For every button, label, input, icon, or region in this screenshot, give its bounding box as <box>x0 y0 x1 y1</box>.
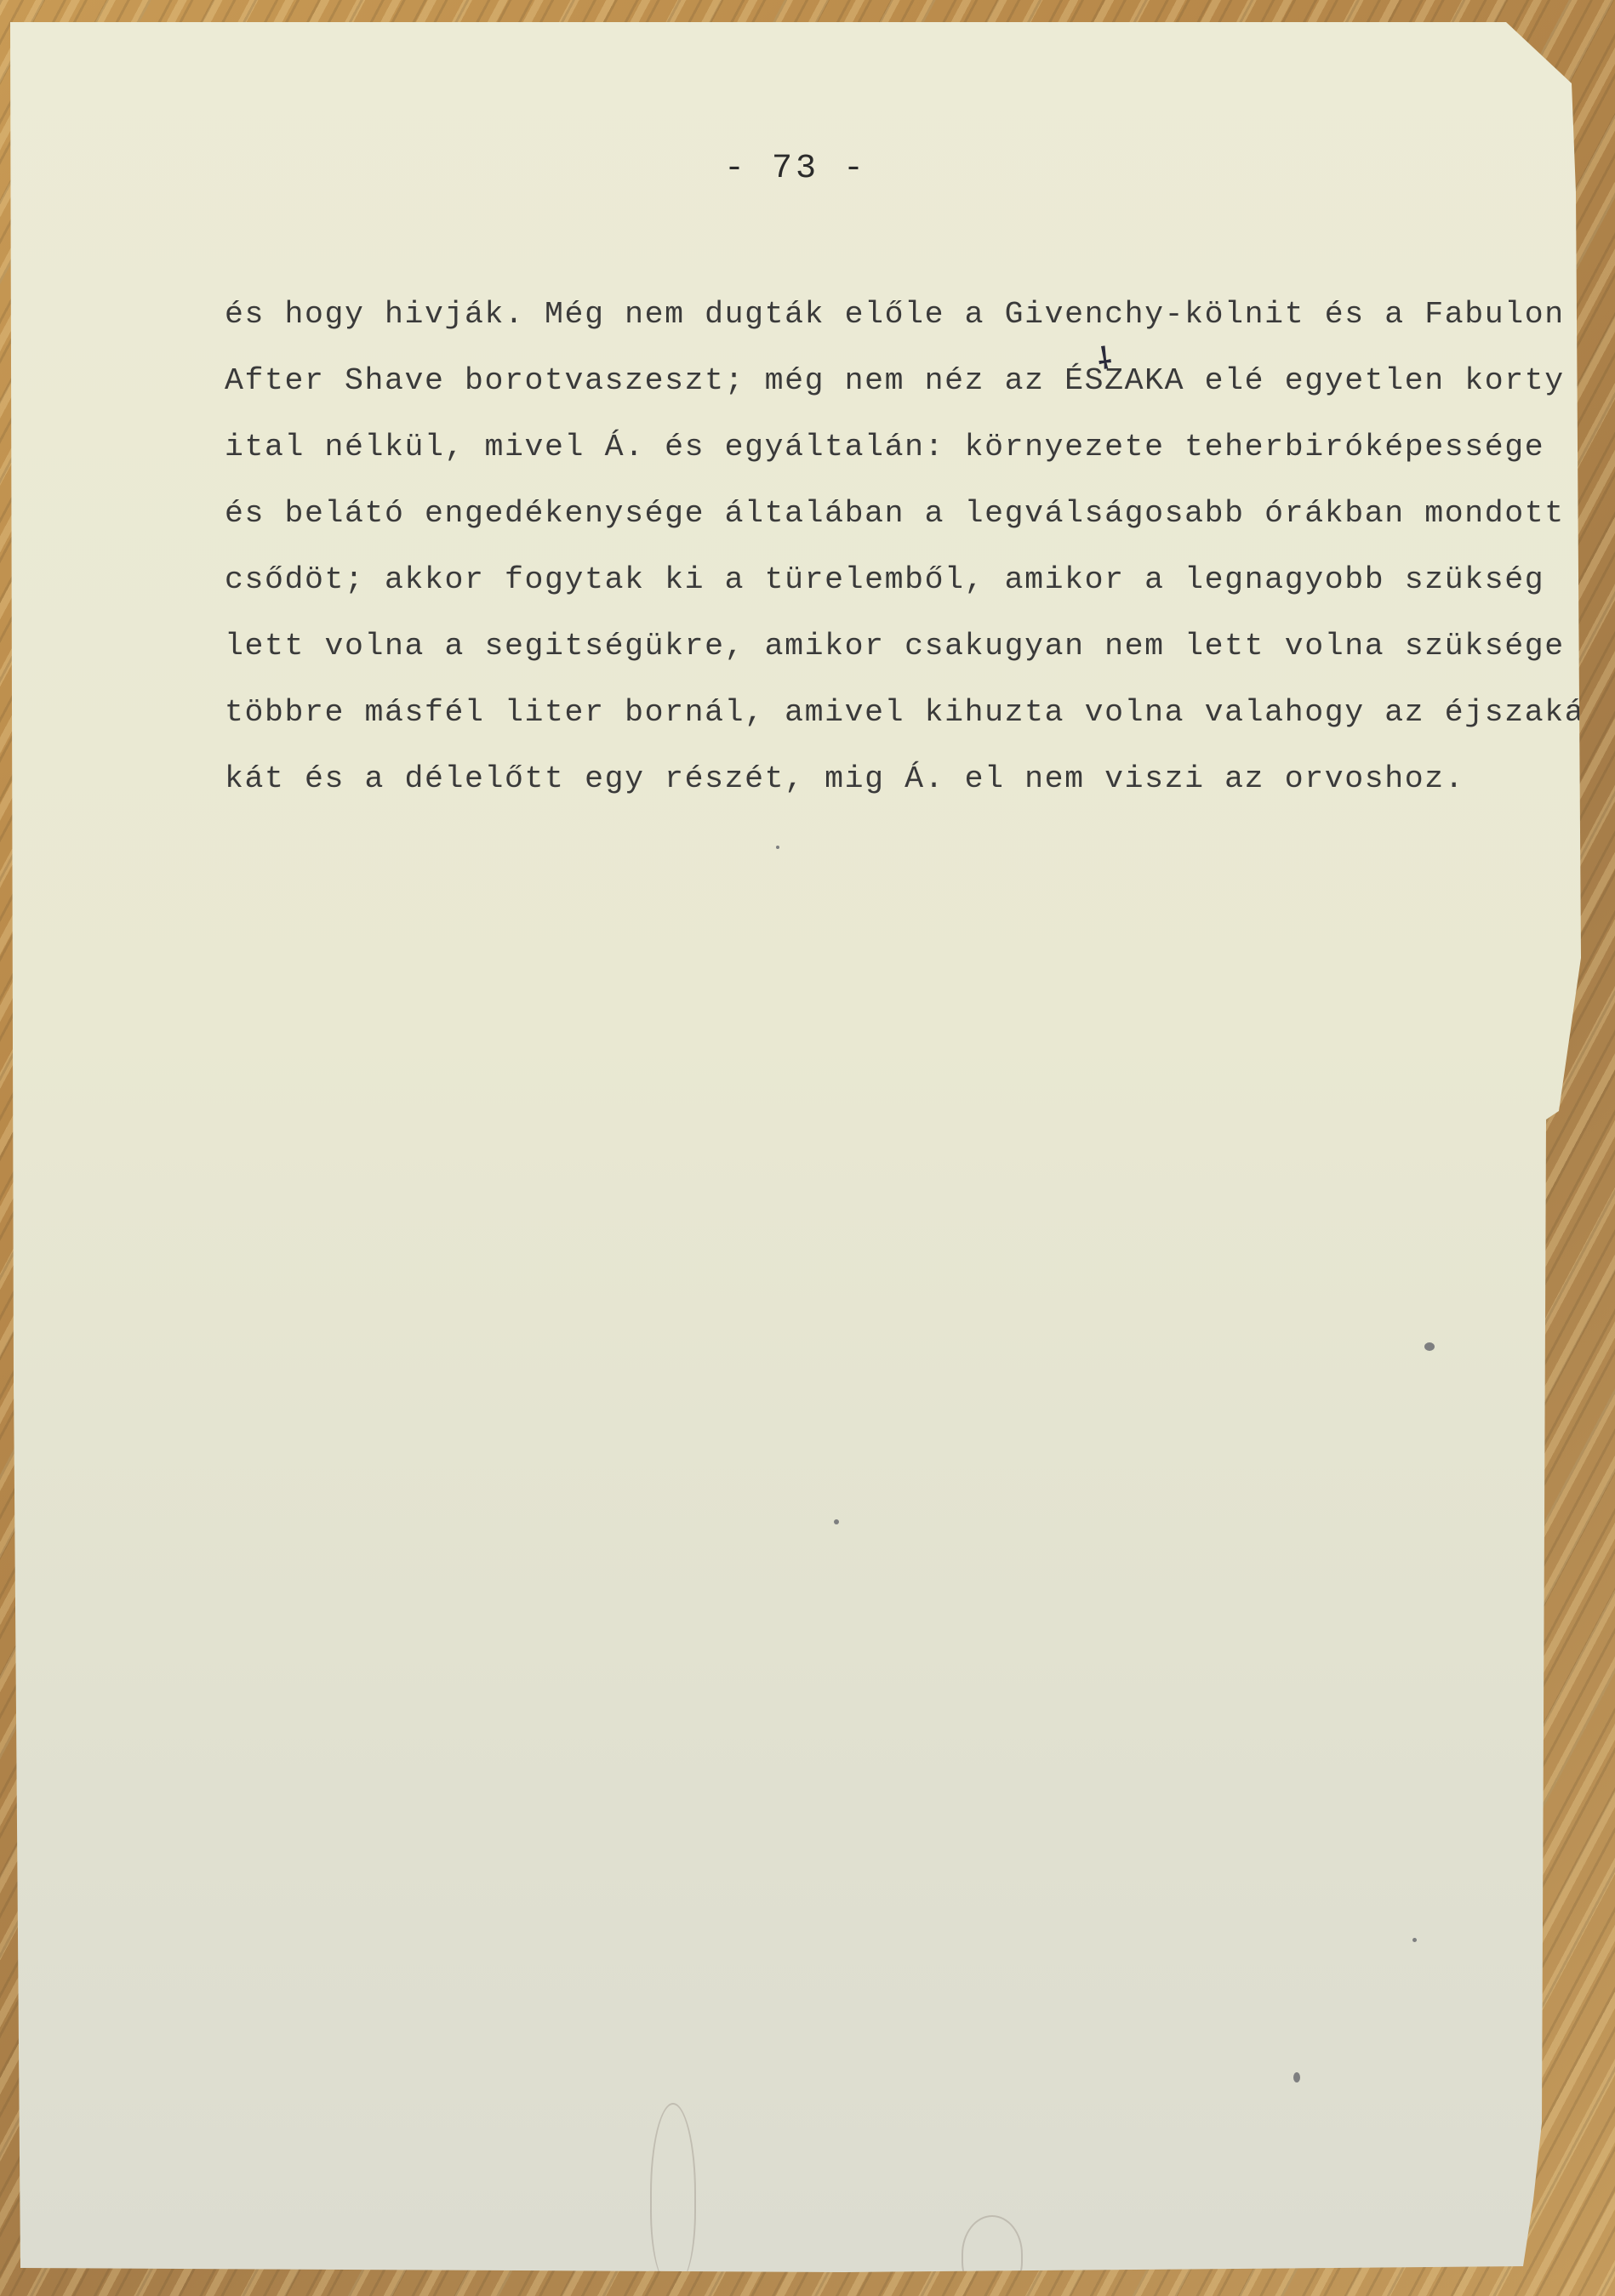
typewritten-page: - 73 - ⸸ és hogy hivják. Még nem dugták … <box>10 22 1581 2272</box>
text-line: After Shave borotvaszeszt; még nem néz a… <box>225 348 1603 414</box>
ink-spot <box>1424 1342 1435 1351</box>
text-line: és belátó engedékenysége általában a leg… <box>225 481 1603 547</box>
text-line: lett volna a segitségükre, amikor csakug… <box>225 613 1603 680</box>
text-line: többre másfél liter bornál, amivel kihuz… <box>225 680 1603 746</box>
page-number: - 73 - <box>10 150 1581 188</box>
ink-spot <box>776 846 779 849</box>
ink-spot <box>1412 1938 1417 1942</box>
body-paragraph: és hogy hivják. Még nem dugták előle a G… <box>225 282 1603 812</box>
text-line: csődöt; akkor fogytak ki a türelemből, a… <box>225 547 1603 613</box>
text-line: kát és a délelőtt egy részét, mig Á. el … <box>225 746 1603 812</box>
paper-crease <box>962 2215 1023 2293</box>
ink-spot <box>834 1519 839 1524</box>
ink-spot <box>1293 2072 1300 2082</box>
paper-crease <box>650 2103 696 2283</box>
text-line: és hogy hivják. Még nem dugták előle a G… <box>225 282 1603 348</box>
text-line: ital nélkül, mivel Á. és egyáltalán: kör… <box>225 414 1603 481</box>
